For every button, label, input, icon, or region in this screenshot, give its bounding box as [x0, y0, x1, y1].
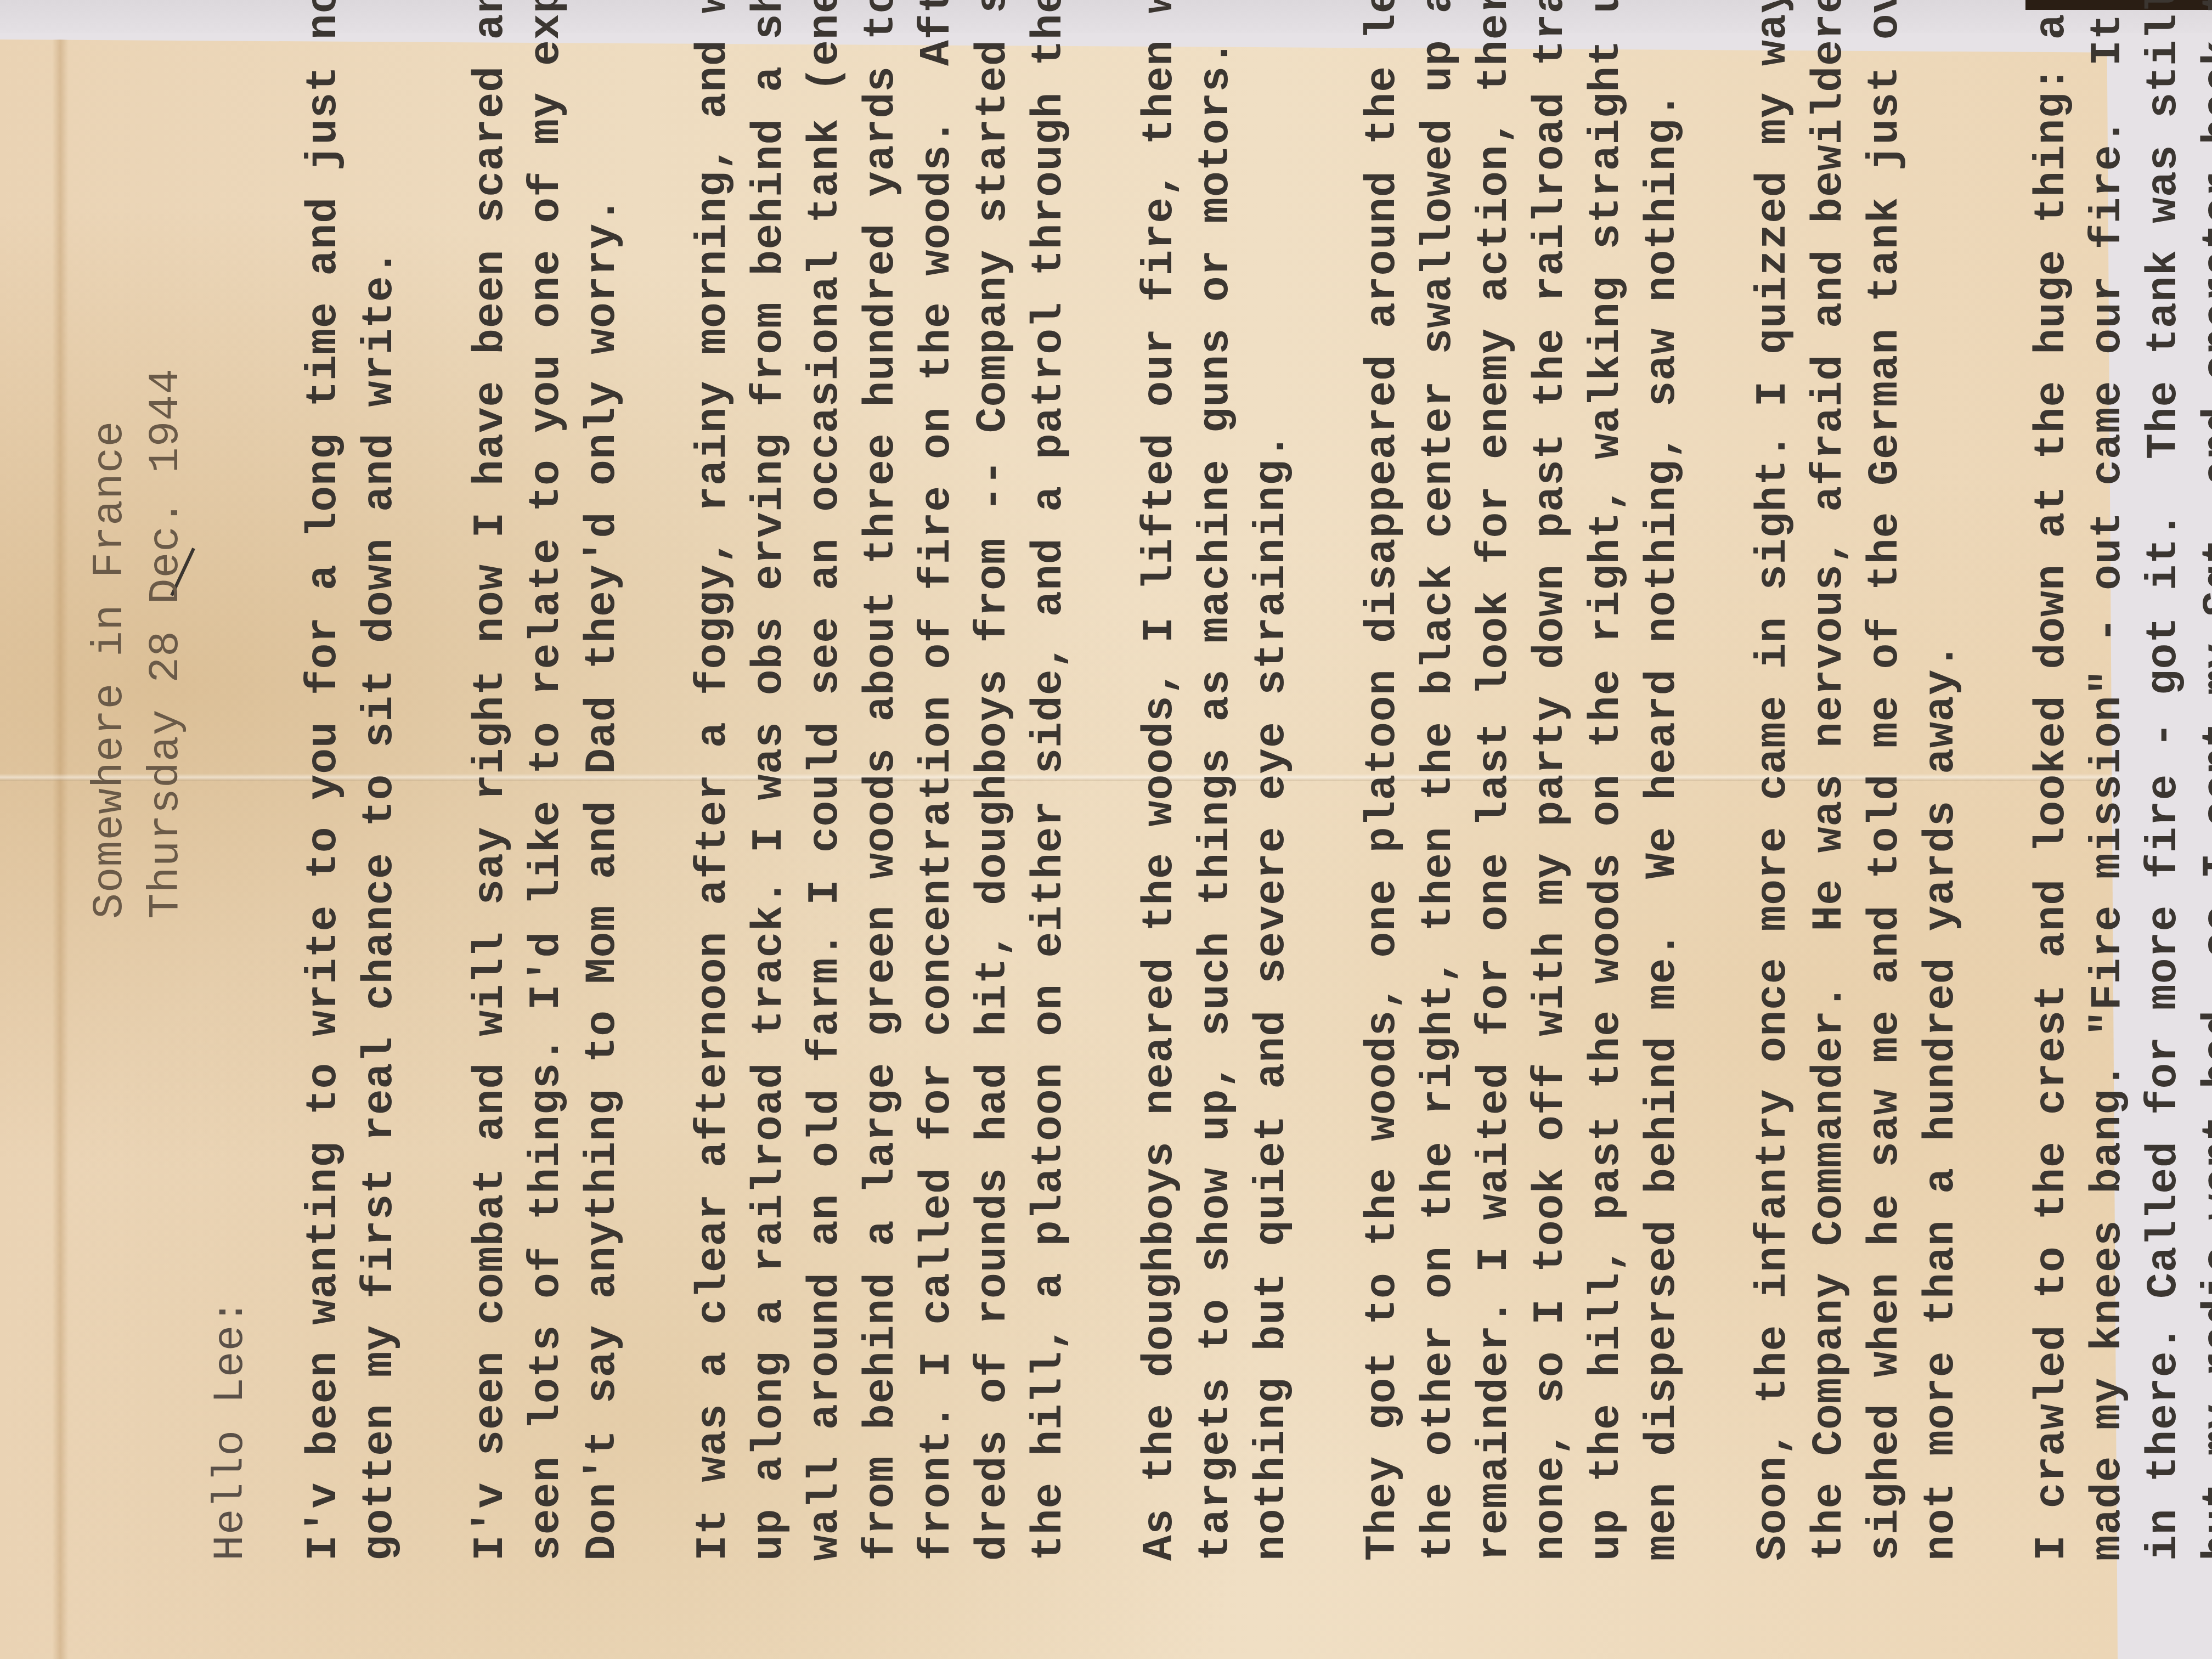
letter-line: front. I called for concentration of fir… [910, 80, 966, 1561]
letter-paragraph: It was a clear afternoon after a foggy, … [686, 80, 1077, 1561]
dateline: Somewhere in France Thursday 28 Dec. 194… [82, 368, 194, 919]
letter-line: It was a clear afternoon after a foggy, … [686, 80, 742, 1561]
letter-paragraph: As the doughboys neared the woods, I lif… [1132, 80, 1300, 1561]
letter-line: the Company Commander. He was nervous, a… [1802, 80, 1858, 1561]
letter-line: up along a railroad track. I was obs erv… [742, 80, 798, 1561]
salutation: Hello Lee: [203, 1299, 259, 1561]
letter-line: not more than a hundred yards away. [1914, 80, 1970, 1561]
letter-body: I'v been wanting to write to you for a l… [296, 80, 2212, 1561]
letter-paragraph: I'v been wanting to write to you for a l… [296, 80, 408, 1561]
letter-line: the hill, a platoon on either side, and … [1022, 80, 1077, 1561]
letter-line: targets to show up, such things as machi… [1188, 80, 1244, 1561]
letter-line: Soon, the infantry once more came in sig… [1746, 80, 1802, 1561]
letter-line: nothing but quiet and severe eye straini… [1244, 80, 1300, 1561]
letter-line: They got to the woods, one platoon disap… [1355, 80, 1411, 1561]
letter-paragraph: I crawled to the crest and looked down a… [2024, 80, 2212, 1561]
letter-line: I'v seen combat and will say right now I… [463, 80, 519, 1561]
letter-line: I'v been wanting to write to you for a l… [296, 80, 352, 1561]
letter-line: I crawled to the crest and looked down a… [2024, 80, 2080, 1561]
letter-line: the other on the right, then the black c… [1411, 80, 1467, 1561]
letter-line: but my radio went bad, so I sent my Sgt.… [2192, 80, 2212, 1561]
letter-line: up the hill, past the woods on the right… [1579, 80, 1635, 1561]
letter-paragraph: I'v seen combat and will say right now I… [463, 80, 631, 1561]
letter-content: Somewhere in France Thursday 28 Dec. 194… [66, 33, 2140, 1624]
letter-line: As the doughboys neared the woods, I lif… [1132, 80, 1188, 1561]
dateline-date: Thursday 28 Dec. 1944 [138, 368, 194, 919]
letter-line: remainder. I waited for one last look fo… [1467, 80, 1523, 1561]
letter-paragraph: They got to the woods, one platoon disap… [1355, 80, 1691, 1561]
letter-line: sighed when he saw me and told me of the… [1858, 80, 1914, 1561]
letter-line: made my knees bang. "Fire mission" - out… [2080, 80, 2136, 1561]
letter-line: men dispersed behind me. We heard nothin… [1635, 80, 1691, 1561]
letter-line: dreds of rounds had hit, doughboys from … [966, 80, 1022, 1561]
letter-line: gotten my first real chance to sit down … [352, 80, 408, 1561]
letter-line: from behind a large green woods about th… [854, 80, 910, 1561]
letter-line: seen lots of things. I'd like to relate … [519, 80, 575, 1561]
letter-line: none, so I took off with my party down p… [1523, 80, 1579, 1561]
letter-line: wall around an old farm. I could see an … [798, 80, 854, 1561]
letter-line: in there. Called for more fire - got it.… [2136, 80, 2192, 1561]
letter-line: Don't say anything to Mom and Dad they'd… [575, 80, 631, 1561]
dateline-place: Somewhere in France [82, 368, 138, 919]
letter-paragraph: Soon, the infantry once more came in sig… [1746, 80, 1970, 1561]
